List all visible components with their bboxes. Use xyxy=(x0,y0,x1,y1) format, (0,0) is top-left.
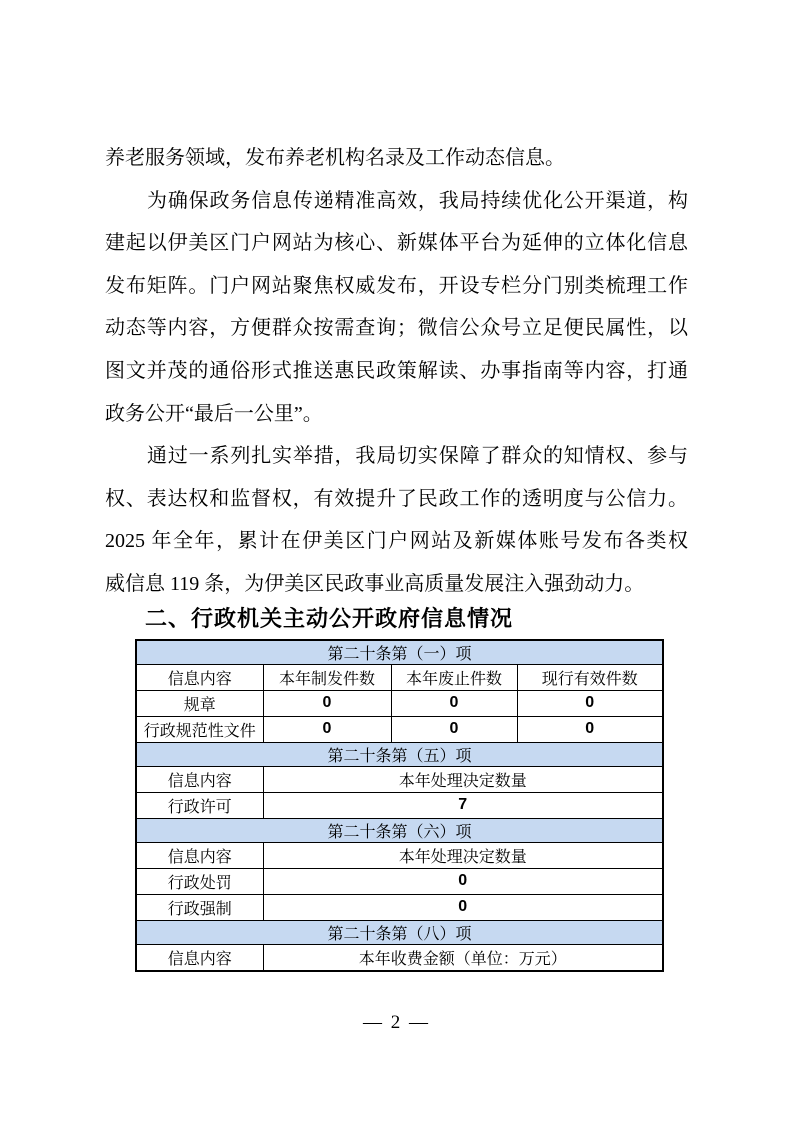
table-cell: 0 xyxy=(263,690,391,716)
body-line: 威信息 119 条，为伊美区民政事业高质量发展注入强劲动力。 xyxy=(105,563,688,606)
page-content: 养老服务领域，发布养老机构名录及工作动态信息。为确保政务信息传递精准高效，我局持… xyxy=(105,137,688,972)
body-line: 发布矩阵。门户网站聚焦权威发布，开设专栏分门别类梳理工作 xyxy=(105,265,688,308)
table-section-title-row: 第二十条第（六）项 xyxy=(136,818,663,842)
table-cell: 现行有效件数 xyxy=(517,664,663,690)
body-line: 动态等内容，方便群众按需查询；微信公众号立足便民属性，以 xyxy=(105,307,688,350)
info-table: 第二十条第（一）项信息内容本年制发件数本年废止件数现行有效件数规章000行政规范… xyxy=(135,639,664,972)
table-cell: 0 xyxy=(517,716,663,742)
table-row: 行政处罚0 xyxy=(136,868,663,894)
table-section-title-row: 第二十条第（一）项 xyxy=(136,640,663,665)
table-cell: 本年处理决定数量 xyxy=(263,842,663,868)
table-row: 信息内容本年处理决定数量 xyxy=(136,766,663,792)
table-cell: 行政处罚 xyxy=(136,868,263,894)
table-section-title-row: 第二十条第（八）项 xyxy=(136,920,663,944)
table-cell: 本年废止件数 xyxy=(391,664,517,690)
table-cell: 行政许可 xyxy=(136,792,263,818)
table-cell: 规章 xyxy=(136,690,263,716)
body-line: 养老服务领域，发布养老机构名录及工作动态信息。 xyxy=(105,137,688,180)
body-line: 图文并茂的通俗形式推送惠民政策解读、办事指南等内容，打通 xyxy=(105,350,688,393)
table-section-title: 第二十条第（八）项 xyxy=(136,920,663,944)
table-cell: 0 xyxy=(263,868,663,894)
table-cell: 本年制发件数 xyxy=(263,664,391,690)
body-line: 通过一系列扎实举措，我局切实保障了群众的知情权、参与 xyxy=(105,435,688,478)
table-section-title-row: 第二十条第（五）项 xyxy=(136,742,663,766)
document-page: 养老服务领域，发布养老机构名录及工作动态信息。为确保政务信息传递精准高效，我局持… xyxy=(0,0,793,1122)
table-row: 信息内容本年处理决定数量 xyxy=(136,842,663,868)
body-line: 2025 年全年，累计在伊美区门户网站及新媒体账号发布各类权 xyxy=(105,520,688,563)
table-row: 行政规范性文件000 xyxy=(136,716,663,742)
table-row: 规章000 xyxy=(136,690,663,716)
table-cell: 0 xyxy=(391,716,517,742)
table-row: 信息内容本年收费金额（单位：万元） xyxy=(136,944,663,971)
page-number: — 2 — xyxy=(0,1008,793,1038)
table-section-title: 第二十条第（一）项 xyxy=(136,640,663,665)
table-cell: 0 xyxy=(517,690,663,716)
table-cell: 本年收费金额（单位：万元） xyxy=(263,944,663,971)
table-cell: 0 xyxy=(263,716,391,742)
table-cell: 信息内容 xyxy=(136,766,263,792)
table-cell: 行政规范性文件 xyxy=(136,716,263,742)
table-cell: 信息内容 xyxy=(136,664,263,690)
table-cell: 信息内容 xyxy=(136,842,263,868)
table-cell: 0 xyxy=(391,690,517,716)
table-cell: 0 xyxy=(263,894,663,920)
section-heading: 二、行政机关主动公开政府信息情况 xyxy=(145,604,688,634)
body-line: 为确保政务信息传递精准高效，我局持续优化公开渠道，构 xyxy=(105,180,688,223)
table-cell: 信息内容 xyxy=(136,944,263,971)
table-cell: 行政强制 xyxy=(136,894,263,920)
table-cell: 本年处理决定数量 xyxy=(263,766,663,792)
table-row: 行政许可7 xyxy=(136,792,663,818)
body-line: 建起以伊美区门户网站为核心、新媒体平台为延伸的立体化信息 xyxy=(105,222,688,265)
body-text: 养老服务领域，发布养老机构名录及工作动态信息。为确保政务信息传递精准高效，我局持… xyxy=(105,137,688,606)
table-section-title: 第二十条第（五）项 xyxy=(136,742,663,766)
table-cell: 7 xyxy=(263,792,663,818)
body-line: 权、表达权和监督权，有效提升了民政工作的透明度与公信力。 xyxy=(105,478,688,521)
table-section-title: 第二十条第（六）项 xyxy=(136,818,663,842)
table-row: 行政强制0 xyxy=(136,894,663,920)
body-line: 政务公开“最后一公里”。 xyxy=(105,393,688,436)
table-row: 信息内容本年制发件数本年废止件数现行有效件数 xyxy=(136,664,663,690)
